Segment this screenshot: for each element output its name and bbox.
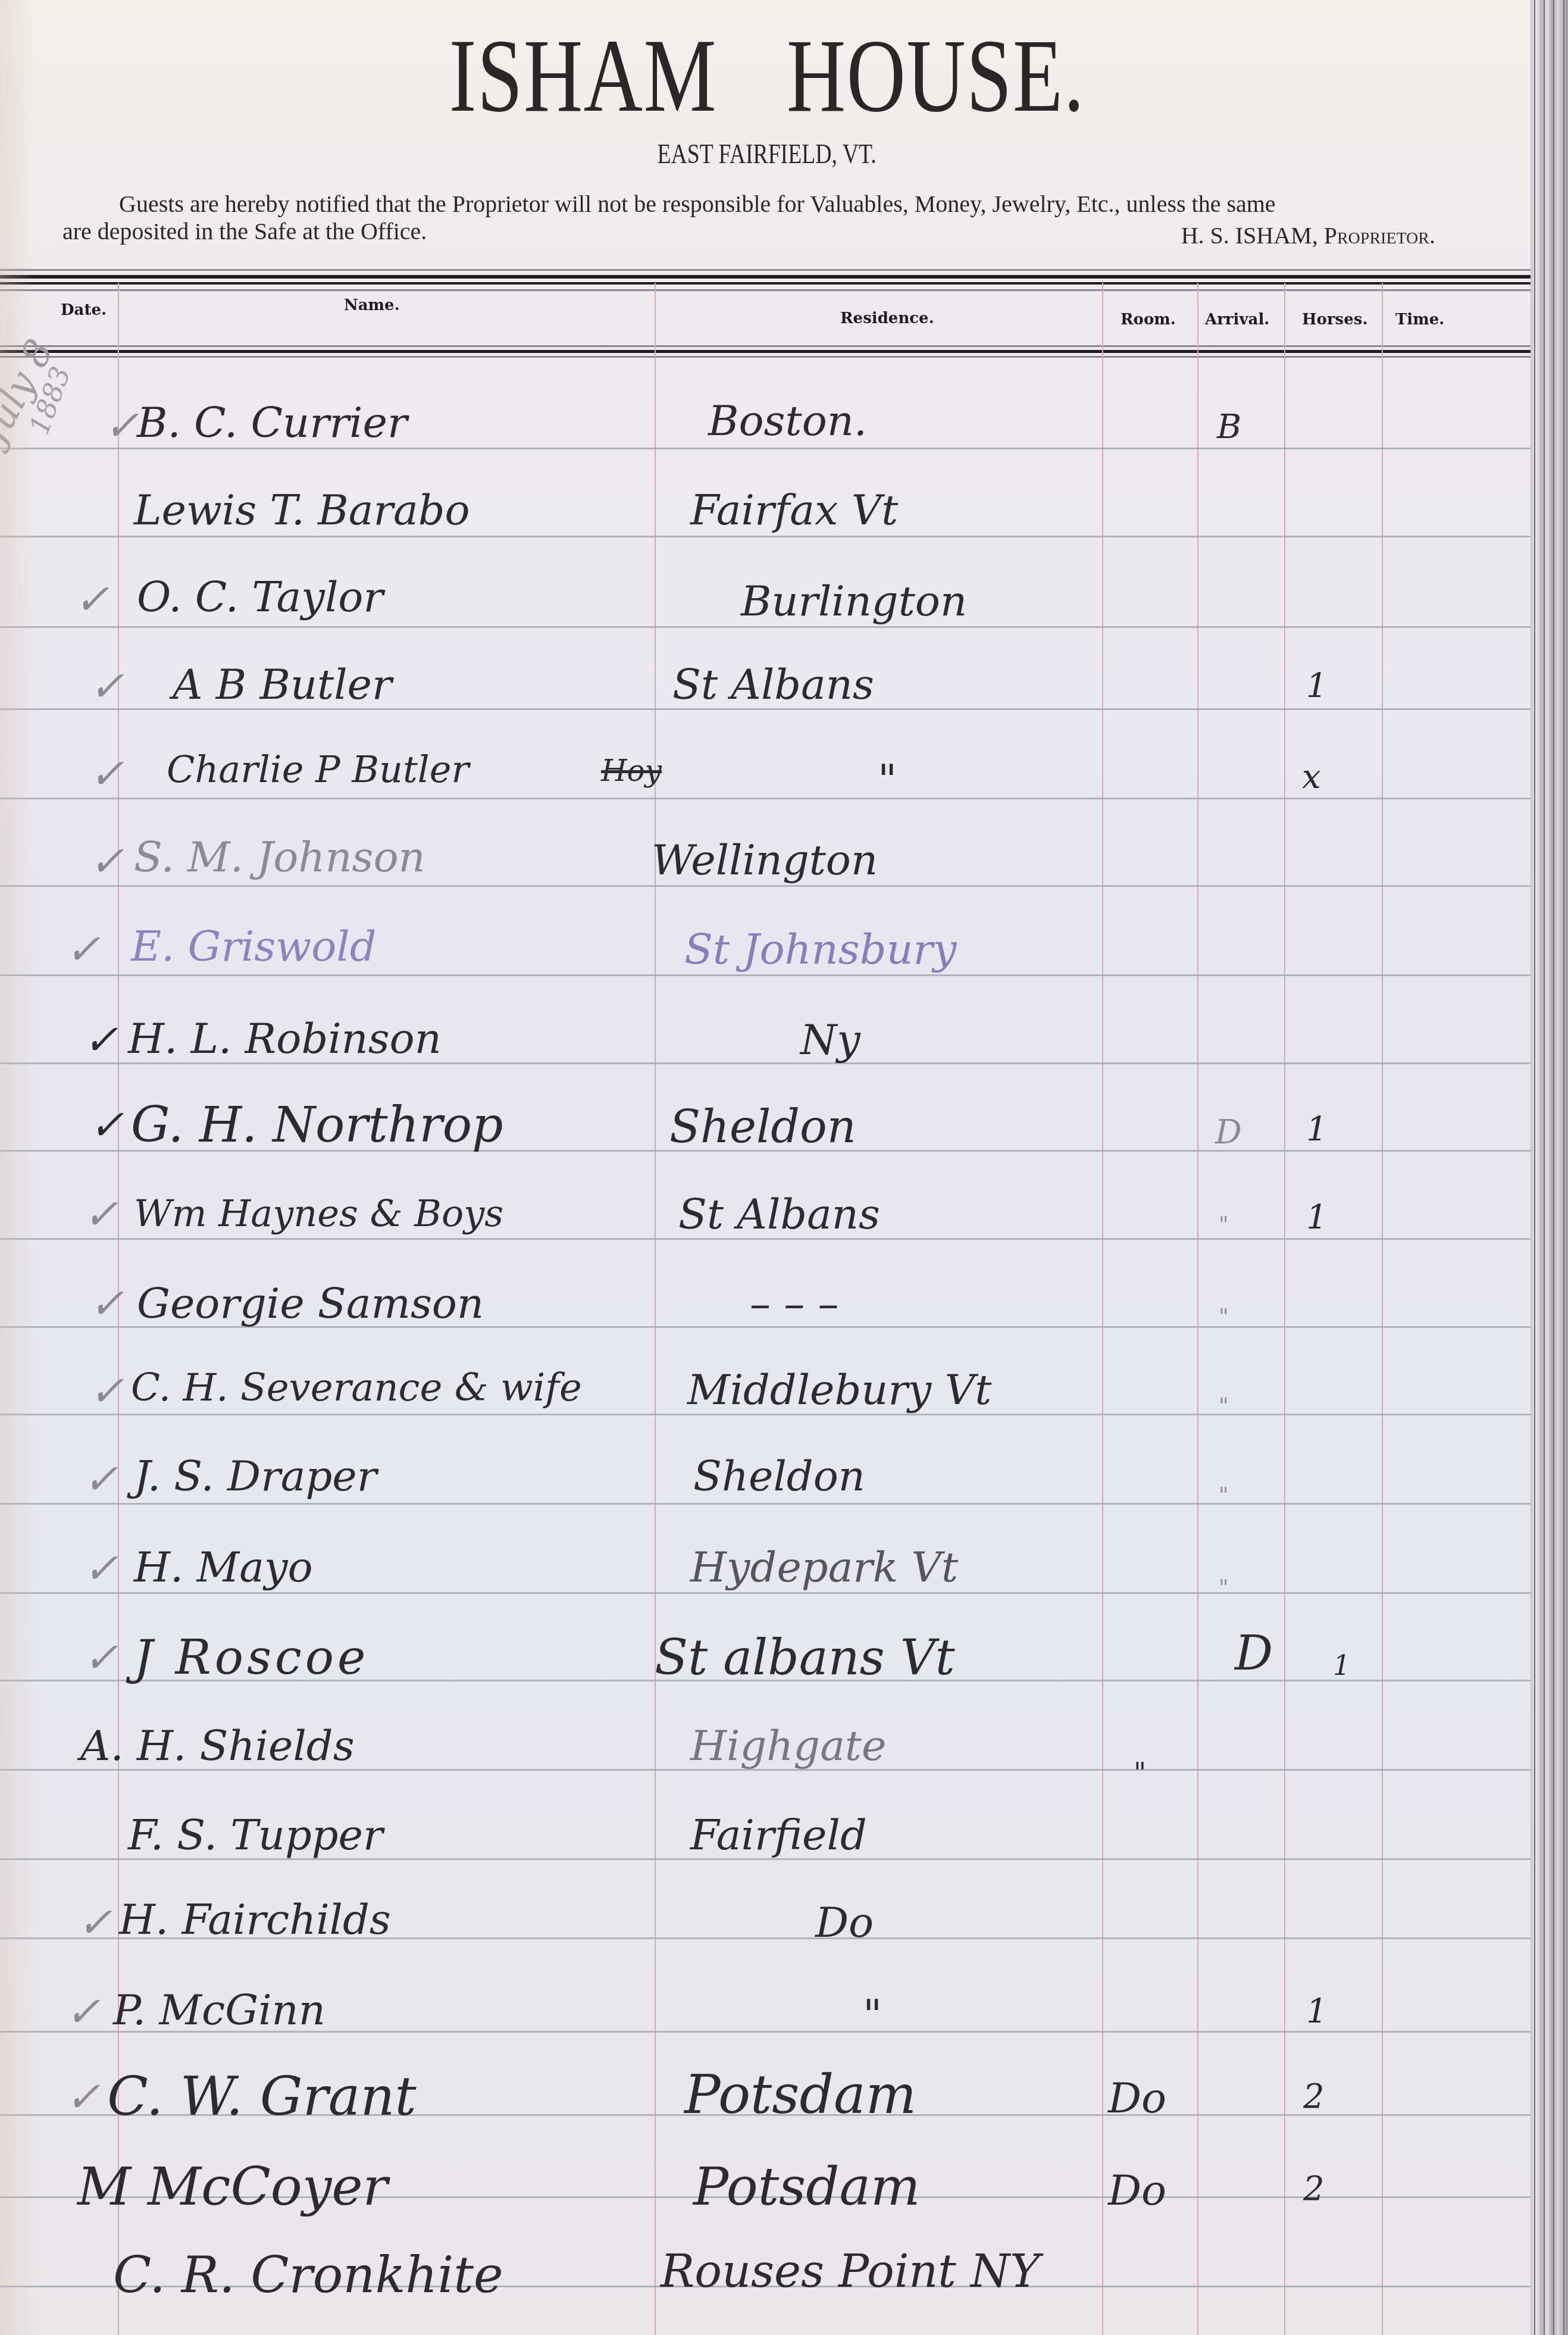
check-mark: ✓ [83,1637,118,1678]
notice-line-1: Guests are hereby notified that the Prop… [62,190,1503,218]
guest-name: C. R. Cronkhite [113,2250,503,2300]
header-rule [0,356,1531,358]
row-rule [0,885,1531,887]
check-mark: ✓ [89,753,124,795]
guest-residence: Potsdam [693,2161,920,2213]
guest-name: A B Butler [173,664,392,705]
guest-name: C. H. Severance & wife [131,1369,582,1407]
horses-count: 1 [1333,1652,1350,1679]
check-mark: ✓ [104,405,139,446]
page-edge [1563,0,1564,2335]
guest-name: C. W. Grant [107,2070,417,2124]
guest-name: A. H. Shields [80,1725,355,1767]
arrival-mark: " [1219,1577,1229,1599]
guest-residence: St Albans [672,664,874,705]
row-rule [0,1503,1531,1505]
check-mark: ✓ [65,929,101,970]
row-rule [0,448,1531,449]
guest-name: O. C. Taylor [137,576,383,618]
page-title: ISHAMHOUSE. [170,24,1364,129]
column-header-time: Time. [1395,311,1444,329]
guest-name: H. Fairchilds [119,1899,391,1940]
header-rule [0,269,1531,271]
guest-residence: Middlebury Vt [687,1369,991,1411]
column-header-residence: Residence. [840,310,934,327]
horses-count: 1 [1306,670,1328,703]
guest-residence: Ny [800,1019,860,1061]
column-header-room: Room. [1121,311,1176,329]
row-rule [0,974,1531,976]
column-rule [1284,283,1285,2335]
arrival-mark: B [1217,411,1241,444]
guest-residence: Highgate [690,1725,886,1767]
guest-residence: – – – [750,1283,839,1324]
title-house: HOUSE. [787,18,1085,134]
arrival-mark: D [1235,1630,1273,1677]
guest-residence: Hydepark Vt [690,1546,958,1588]
guest-residence: Do [815,1902,874,1943]
horses-count: 1 [1306,1995,1328,2028]
guest-name: Georgie Samson [137,1283,484,1324]
horses-count: 2 [1303,2080,1325,2114]
proprietor-name: H. S. ISHAM, [1181,222,1318,249]
guest-name: G. H. Northrop [131,1101,503,1150]
guest-name: Lewis T. Barabo [134,489,470,531]
column-rule [1382,283,1383,2335]
arrival-mark: " [1219,1485,1229,1506]
header-rule [0,289,1531,291]
page-edge [1544,0,1545,2335]
check-mark: ✓ [74,579,109,620]
guest-residence: St albans Vt [655,1634,955,1683]
check-mark: ✓ [89,1104,124,1146]
location: EAST FAIRFIELD, VT. [139,138,1394,170]
horses-count: 1 [1306,1113,1328,1146]
proprietor: H. S. ISHAM, Proprietor. [1181,221,1435,249]
struck-out-text: Hoy [601,756,662,786]
title-isham: ISHAM [449,18,717,134]
arrival-mark: " [1219,1396,1229,1417]
guest-residence: " [878,759,897,801]
check-mark: ✓ [89,840,124,882]
column-rule [1102,283,1103,2335]
guest-residence: Burlington [741,580,967,622]
book-binding [1531,0,1568,2335]
register-page: ISHAMHOUSE. EAST FAIRFIELD, VT. Guests a… [0,0,1531,2335]
proprietor-title: Proprietor. [1324,222,1435,249]
column-header-horses: Horses. [1302,311,1367,329]
guest-name: J. S. Draper [134,1455,377,1497]
guest-residence: Sheldon [693,1455,865,1497]
guest-residence: St Albans [678,1193,880,1235]
column-rule [1197,283,1198,2335]
guest-name: J Roscoe [134,1634,369,1681]
guest-name: H. L. Robinson [128,1018,442,1059]
header-rule [0,282,1531,285]
column-header-date: Date. [61,301,107,319]
check-mark: ✓ [65,1991,101,2033]
row-rule [0,1592,1531,1594]
guest-residence: Fairfax Vt [690,489,898,531]
arrival-mark: D [1215,1116,1242,1149]
guest-name: H. Mayo [134,1546,313,1588]
check-mark: ✓ [89,665,124,707]
row-rule [0,626,1531,628]
guest-residence: Rouses Point NY [661,2249,1040,2294]
guest-name: Wm Haynes & Boys [134,1195,503,1232]
check-mark: ✓ [89,1370,124,1412]
guest-name: B. C. Currier [137,402,407,443]
guest-residence: Boston. [708,400,867,442]
guest-residence: Fairfield [690,1814,867,1856]
horses-count: 2 [1303,2173,1325,2206]
guest-name: S. M. Johnson [134,836,425,878]
page-edge [1553,0,1554,2335]
column-header-name: Name. [344,296,400,314]
check-mark: ✓ [65,2076,101,2118]
check-mark: ✓ [83,1193,118,1235]
guest-residence: " [863,1994,882,2036]
column-rule [655,283,656,2335]
guest-residence: St Johnsbury [684,929,957,970]
guest-name: Charlie P Butler [167,751,469,788]
guest-name: E. Griswold [131,926,377,967]
guest-name: P. McGinn [113,1989,326,2031]
guest-residence: Wellington [652,839,878,881]
guest-name: M McCoyer [77,2161,388,2213]
arrival-mark: " [1219,1214,1229,1236]
check-mark: ✓ [77,1902,112,1943]
room-mark: Do [1108,2077,1166,2119]
guest-name: F. S. Tupper [128,1814,383,1856]
check-mark: ✓ [89,1283,124,1324]
row-rule [0,798,1531,799]
horses-count: x [1302,761,1321,794]
guest-residence: Sheldon [669,1104,856,1149]
column-header-arrival: Arrival. [1205,311,1269,329]
room-mark: Do [1108,2170,1166,2211]
arrival-mark: " [1219,1306,1229,1328]
header-rule [0,345,1531,347]
room-mark: " [1134,1759,1146,1786]
check-mark: ✓ [83,1458,118,1500]
header-rule [0,275,1531,279]
header-rule [0,350,1531,353]
check-mark: ✓ [83,1548,118,1589]
page-edge [1534,0,1535,2335]
check-mark: ✓ [83,1019,118,1061]
horses-count: 1 [1306,1201,1328,1234]
row-rule [0,536,1531,537]
guest-residence: Potsdam [684,2068,916,2122]
